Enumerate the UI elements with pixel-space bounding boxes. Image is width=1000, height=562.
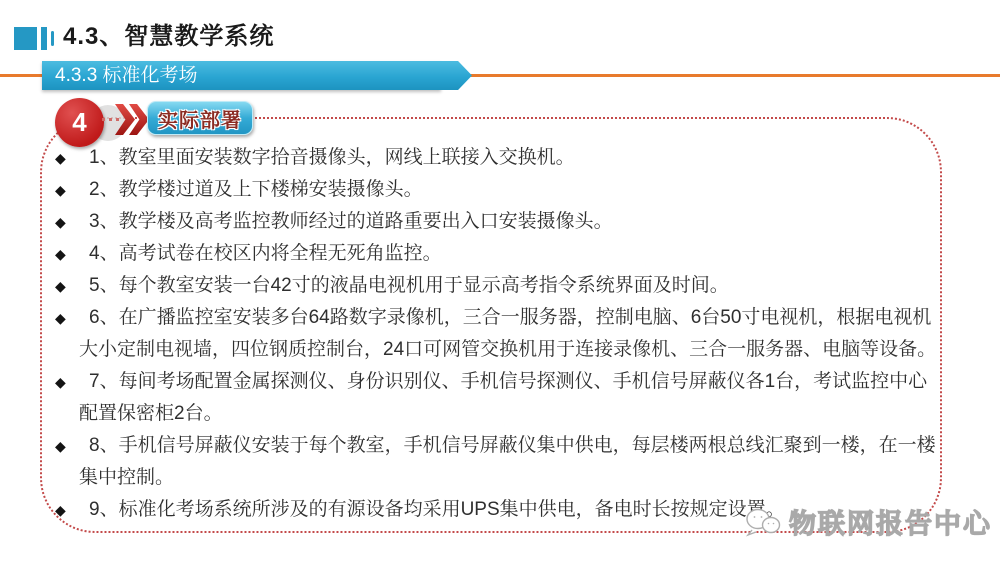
deployment-list: ◆ 1、教室里面安装数字拾音摄像头，网线上联接入交换机。 ◆ 2、教学楼过道及上… xyxy=(52,142,942,526)
section-banner: 4.3.3 标准化考场 xyxy=(42,61,441,90)
list-item: ◆ 1、教室里面安装数字拾音摄像头，网线上联接入交换机。 xyxy=(52,142,942,174)
list-item: ◆ 4、高考试卷在校区内将全程无死角监控。 xyxy=(52,238,942,270)
list-item-text: 2、教学楼过道及上下楼梯安装摄像头。 xyxy=(79,174,942,206)
watermark-text: 物联网报告中心 xyxy=(789,502,992,541)
presentation-slide: 4.3、智慧教学系统 4.3.3 标准化考场 4 实际部署 ◆ 1、教室里面安装… xyxy=(0,0,1000,562)
header-bar-icon xyxy=(41,27,47,50)
diamond-bullet-icon: ◆ xyxy=(52,366,79,430)
diamond-bullet-icon: ◆ xyxy=(52,494,79,526)
list-item-text: 4、高考试卷在校区内将全程无死角监控。 xyxy=(79,238,942,270)
list-item-text: 3、教学楼及高考监控教师经过的道路重要出入口安装摄像头。 xyxy=(79,206,942,238)
list-item-text: 5、每个教室安装一台42寸的液晶电视机用于显示高考指令系统界面及时间。 xyxy=(79,270,942,302)
list-item: ◆ 5、每个教室安装一台42寸的液晶电视机用于显示高考指令系统界面及时间。 xyxy=(52,270,942,302)
diamond-bullet-icon: ◆ xyxy=(52,142,79,174)
list-item-text: 7、每间考场配置金属探测仪、身份识别仪、手机信号探测仪、手机信号屏蔽仪各1台，考… xyxy=(79,366,942,430)
list-item: ◆ 2、教学楼过道及上下楼梯安装摄像头。 xyxy=(52,174,942,206)
list-item: ◆ 6、在广播监控室安装多台64路数字录像机，三合一服务器，控制电脑、6台50寸… xyxy=(52,302,942,366)
actual-deployment-label: 实际部署 xyxy=(147,101,253,135)
list-item-text: 8、手机信号屏蔽仪安装于每个教室，手机信号屏蔽仪集中供电，每层楼两根总线汇聚到一… xyxy=(79,430,942,494)
diamond-bullet-icon: ◆ xyxy=(52,430,79,494)
wechat-bubble-logo-icon xyxy=(744,506,784,538)
watermark: 物联网报告中心 xyxy=(744,502,992,541)
list-item-text: 1、教室里面安装数字拾音摄像头，网线上联接入交换机。 xyxy=(79,142,942,174)
header-tick-icon xyxy=(51,31,54,46)
diamond-bullet-icon: ◆ xyxy=(52,302,79,366)
diamond-bullet-icon: ◆ xyxy=(52,238,79,270)
list-item: ◆ 7、每间考场配置金属探测仪、身份识别仪、手机信号探测仪、手机信号屏蔽仪各1台… xyxy=(52,366,942,430)
list-item-text: 6、在广播监控室安装多台64路数字录像机，三合一服务器，控制电脑、6台50寸电视… xyxy=(79,302,942,366)
diamond-bullet-icon: ◆ xyxy=(52,270,79,302)
diamond-bullet-icon: ◆ xyxy=(52,174,79,206)
list-item: ◆ 3、教学楼及高考监控教师经过的道路重要出入口安装摄像头。 xyxy=(52,206,942,238)
dotted-connector xyxy=(102,118,119,121)
slide-title: 4.3、智慧教学系统 xyxy=(63,16,274,51)
diamond-bullet-icon: ◆ xyxy=(52,206,79,238)
banner-arrow-icon xyxy=(441,61,472,90)
list-item: ◆ 8、手机信号屏蔽仪安装于每个教室，手机信号屏蔽仪集中供电，每层楼两根总线汇聚… xyxy=(52,430,942,494)
header-square-icon xyxy=(14,27,37,50)
step-number-badge: 4 xyxy=(55,98,104,147)
